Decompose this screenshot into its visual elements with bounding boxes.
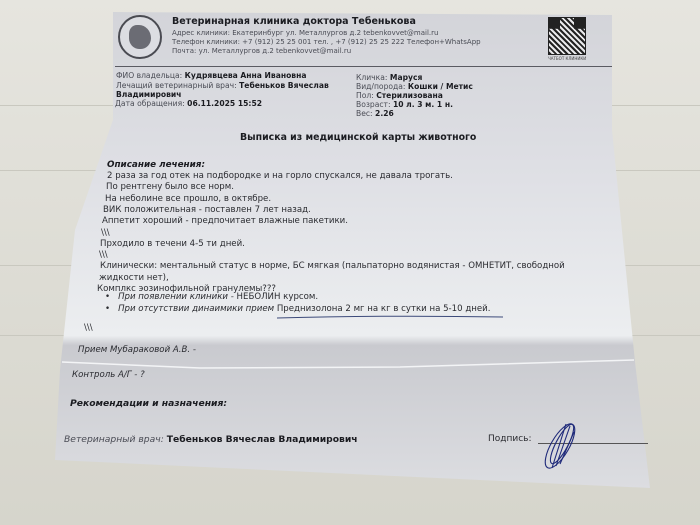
- handwritten-signature-icon: [530, 418, 590, 478]
- clinic-logo-icon: [118, 15, 162, 59]
- pet-weight-label: Вес:: [356, 109, 373, 118]
- recommendations-heading: Рекомендации и назначения:: [70, 398, 227, 409]
- doctor-value: Тебеньков Вячеслав: [239, 81, 329, 90]
- owner-label: ФИО владельца:: [116, 71, 182, 80]
- date-row: Дата обращения: 06.11.2025 15:52: [115, 99, 262, 108]
- pet-breed-value: Кошки / Метис: [408, 82, 473, 91]
- clinic-phone: Телефон клиники: +7 (912) 25 25 001 тел.…: [172, 38, 481, 46]
- pet-name-value: Маруся: [390, 73, 422, 82]
- pet-weight-value: 2.26: [375, 109, 394, 118]
- treatment-line: жидкости нет),: [99, 273, 169, 283]
- pet-age-row: Возраст: 10 л. 3 м. 1 н.: [356, 100, 453, 109]
- treatment-line: \\\: [99, 250, 108, 260]
- treatment-line: Клинически: ментальный статус в норме, Б…: [100, 261, 565, 271]
- treatment-line: 2 раза за год отек на подбородке и на го…: [107, 171, 453, 181]
- pet-sex-label: Пол:: [356, 91, 374, 100]
- treatment-line: Аппетит хороший - предпочитает влажные п…: [102, 216, 348, 226]
- pet-age-value: 10 л. 3 м. 1 н.: [393, 100, 453, 109]
- vet-label: Ветеринарный врач:: [64, 434, 164, 445]
- signature-label: Подпись:: [488, 434, 532, 444]
- pet-weight-row: Вес: 2.26: [356, 109, 394, 118]
- qr-code-icon: [548, 17, 586, 55]
- reception-note: Прием Мубараковой А.В. -: [78, 345, 196, 355]
- date-value: 06.11.2025 15:52: [187, 99, 262, 108]
- treatment-heading: Описание лечения:: [107, 160, 205, 170]
- owner-row: ФИО владельца: Кудрявцева Анна Ивановна: [116, 71, 306, 80]
- document-title: Выписка из медицинской карты животного: [240, 132, 476, 143]
- header-divider: [115, 66, 612, 67]
- vet-signature-row: Ветеринарный врач: Тебеньков Вячеслав Вл…: [64, 434, 358, 445]
- treatment-line: По рентгену было все норм.: [106, 182, 234, 192]
- clinic-name: Ветеринарная клиника доктора Тебенькова: [172, 16, 416, 27]
- doctor-label: Лечащий ветеринарный врач:: [116, 81, 237, 90]
- clinic-mail: Почта: ул. Металлургов д.2 tebenkovvet@m…: [172, 47, 351, 55]
- control-note: Контроль А/Г - ?: [72, 370, 145, 380]
- handwritten-underline: [275, 314, 505, 320]
- treatment-line: \\\: [101, 228, 110, 238]
- pet-name-row: Кличка: Маруся: [356, 73, 422, 82]
- vet-value: Тебеньков Вячеслав Владимирович: [167, 434, 358, 445]
- pet-breed-label: Вид/порода:: [356, 82, 406, 91]
- pet-age-label: Возраст:: [356, 100, 391, 109]
- qr-caption: ЧАТБОТ КЛИНИКИ: [548, 56, 586, 61]
- clinic-address: Адрес клиники: Екатеринбург ул. Металлур…: [172, 29, 438, 37]
- pet-sex-row: Пол: Стерилизована: [356, 91, 443, 100]
- owner-value: Кудрявцева Анна Ивановна: [185, 71, 307, 80]
- pet-sex-value: Стерилизована: [376, 91, 443, 100]
- treatment-line: На неболине все прошло, в октябре.: [105, 194, 271, 204]
- bullet-item: •При появлении клиники - НЕБОЛИН курсом.: [105, 292, 318, 302]
- treatment-line: Прходило в течени 4-5 ти дней.: [100, 239, 245, 249]
- doctor-value-cont: Владимирович: [116, 90, 181, 99]
- date-label: Дата обращения:: [115, 99, 185, 108]
- treatment-line: ВИК положительная - поставлен 7 лет наза…: [103, 205, 311, 215]
- bullet-item: •При отсутствии динаимики прием Преднизо…: [105, 304, 491, 314]
- pet-breed-row: Вид/порода: Кошки / Метис: [356, 82, 473, 91]
- pet-name-label: Кличка:: [356, 73, 387, 82]
- doctor-row: Лечащий ветеринарный врач: Тебеньков Вяч…: [116, 81, 329, 90]
- separator-mark: \\\: [84, 323, 93, 333]
